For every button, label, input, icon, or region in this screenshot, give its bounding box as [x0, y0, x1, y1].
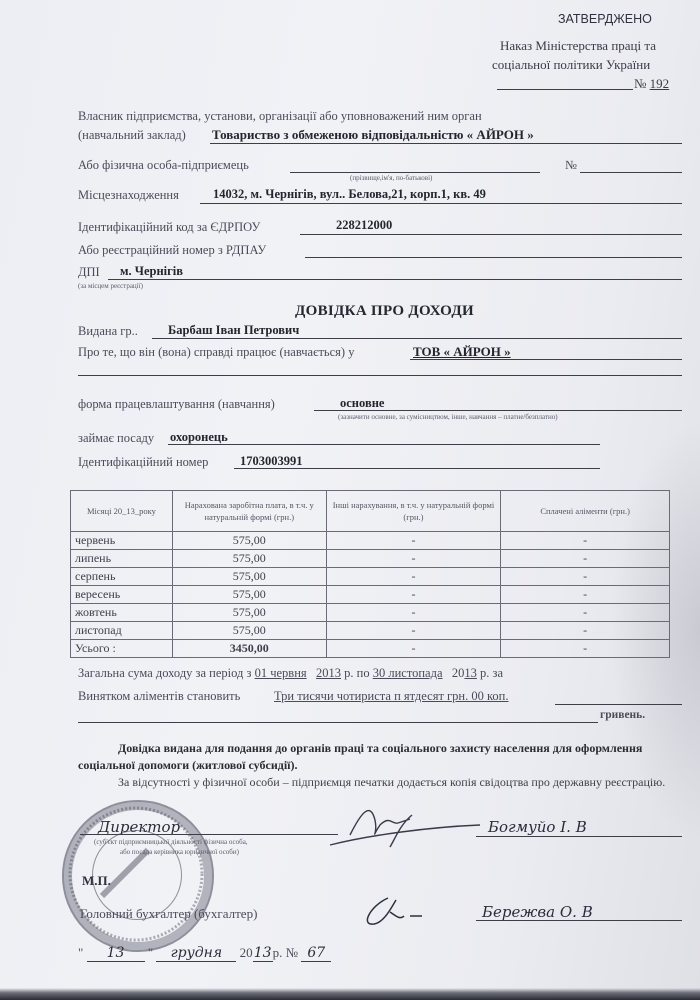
header-month: Місяці 20_13_року — [71, 491, 173, 532]
id-number-value: 1703003991 — [240, 454, 303, 469]
owner-label-2: (навчальний заклад) — [78, 128, 186, 143]
table-row: липень575,00-- — [71, 550, 670, 568]
cell-month: вересень — [71, 586, 173, 604]
employment-form-hint: (зазначити основне, за сумісництвом, інш… — [338, 413, 558, 421]
employment-form-value: основне — [340, 396, 384, 411]
table-row: червень575,00-- — [71, 532, 670, 550]
order-line-2: соціальної політики України — [492, 57, 650, 73]
sum-words-value: Три тисячи чотириста п ятдесят грн. 00 к… — [274, 689, 509, 704]
date-number: 67 — [301, 945, 331, 962]
accountant-name: Бережва О. В — [482, 903, 593, 921]
works-at-value: ТОВ « АЙРОН » — [413, 344, 511, 360]
table-row: вересень575,00-- — [71, 586, 670, 604]
cell-salary: 575,00 — [172, 568, 326, 586]
period-from-year: 2013 — [316, 666, 341, 680]
cell-month: липень — [71, 550, 173, 568]
cell-salary: 575,00 — [172, 622, 326, 640]
individual-hint: (прізвище,ім'я, по-батькові) — [350, 174, 432, 182]
cell-other: - — [326, 550, 501, 568]
employment-form-underline — [314, 410, 682, 411]
cell-alimony: - — [501, 586, 670, 604]
cell-month: серпень — [71, 568, 173, 586]
stamp-place-mark: М.П. — [82, 873, 111, 889]
notice-purpose: Довідка видана для подання до органів пр… — [78, 740, 678, 774]
position-value: охоронець — [170, 430, 228, 445]
order-number: № 192 — [634, 76, 669, 92]
cell-month: червень — [71, 532, 173, 550]
header-salary: Нарахована заробітна плата, в т.ч. у нат… — [172, 491, 326, 532]
header-alimony: Сплачені аліменти (грн.) — [501, 491, 670, 532]
cell-salary: 575,00 — [172, 586, 326, 604]
individual-number-label: № — [565, 158, 577, 173]
date-year: 13 — [253, 945, 273, 962]
works-at-underline-2 — [78, 375, 682, 376]
edrpou-label: Ідентифікаційний код за ЄДРПОУ — [78, 220, 260, 235]
issued-to-value: Барбаш Іван Петрович — [168, 323, 299, 338]
cell-other: - — [326, 622, 501, 640]
cell-other: - — [326, 586, 501, 604]
cell-other: - — [326, 640, 501, 658]
cell-month: Усього : — [71, 640, 173, 658]
period-line: Загальна сума доходу за період з 01 черв… — [78, 666, 503, 681]
sum-words-label: Винятком аліментів становить — [78, 689, 240, 704]
table-row: серпень575,00-- — [71, 568, 670, 586]
period-to: 30 листопада — [373, 666, 443, 680]
document-page: ЗАТВЕРДЖЕНО Наказ Міністерства праці та … — [0, 0, 700, 1000]
issued-to-label: Видана гр.. — [78, 324, 138, 339]
owner-label-1: Власник підприємства, установи, організа… — [78, 109, 482, 124]
director-name-underline — [476, 836, 682, 837]
individual-underline — [290, 172, 540, 173]
table-row: листопад575,00-- — [71, 622, 670, 640]
table-row: жовтень575,00-- — [71, 604, 670, 622]
period-to-year: 13 — [464, 666, 477, 680]
director-hint-2: або посада керівника юридичної особи) — [120, 848, 239, 856]
individual-label: Або фізична особа-підприємець — [78, 158, 249, 173]
position-label: займає посаду — [78, 431, 154, 446]
table-header-row: Місяці 20_13_року Нарахована заробітна п… — [71, 491, 670, 532]
sum-words-underline-2 — [78, 722, 598, 723]
cell-salary: 575,00 — [172, 604, 326, 622]
cell-alimony: - — [501, 604, 670, 622]
dpi-hint: (за місцем реєстрації) — [78, 282, 143, 290]
position-underline — [168, 444, 600, 445]
date-month: грудня — [156, 945, 236, 962]
accountant-signature — [360, 890, 450, 935]
director-hint-1: (суб'єкт підприємницької діяльності фізи… — [94, 838, 248, 846]
approved-heading: ЗАТВЕРДЖЕНО — [558, 12, 652, 26]
cell-salary: 575,00 — [172, 550, 326, 568]
document-title: ДОВІДКА ПРО ДОХОДИ — [295, 303, 474, 320]
cell-month: жовтень — [71, 604, 173, 622]
cell-alimony: - — [501, 640, 670, 658]
table-total-row: Усього :3450,00-- — [71, 640, 670, 658]
director-signature — [330, 795, 480, 860]
id-number-label: Ідентифікаційний номер — [78, 455, 208, 470]
edrpou-underline — [300, 234, 682, 235]
location-label: Місцезнаходження — [78, 188, 179, 203]
cell-salary: 3450,00 — [172, 640, 326, 658]
accountant-name-underline — [476, 920, 682, 921]
sum-words-suffix: гривень. — [600, 709, 645, 721]
dpi-underline — [108, 279, 682, 280]
owner-value: Товариство з обмеженою відповідальністю … — [212, 127, 534, 143]
employment-form-label: форма працевлаштування (навчання) — [78, 397, 275, 412]
date-line: " 13 " грудня 2013р. № 67 — [78, 945, 331, 962]
issued-to-underline — [152, 338, 682, 339]
works-at-underline — [410, 359, 682, 360]
cell-alimony: - — [501, 622, 670, 640]
income-table: Місяці 20_13_року Нарахована заробітна п… — [70, 490, 670, 658]
dpi-value: м. Чернігів — [120, 264, 183, 279]
owner-underline — [210, 143, 682, 144]
director-name: Богмуйо І. В — [488, 818, 587, 836]
individual-number-underline — [580, 172, 682, 173]
cell-other: - — [326, 604, 501, 622]
sum-words-underline — [555, 704, 682, 705]
id-number-underline — [234, 468, 600, 469]
cell-alimony: - — [501, 532, 670, 550]
period-from: 01 червня — [255, 666, 307, 680]
cell-month: листопад — [71, 622, 173, 640]
accountant-label: Головний бухгалтер (бухгалтер) — [80, 906, 257, 922]
rdpau-label: Або реєстраційний номер з РДПАУ — [78, 243, 266, 258]
order-line-1: Наказ Міністерства праці та — [500, 38, 656, 54]
director-title-underline — [80, 834, 338, 835]
cell-other: - — [326, 568, 501, 586]
cell-alimony: - — [501, 568, 670, 586]
order-date-blank — [497, 89, 633, 90]
location-value: 14032, м. Чернігів, вул.. Белова,21, кор… — [213, 187, 486, 202]
works-at-label: Про те, що він (вона) справді працює (на… — [78, 345, 354, 360]
date-day: 13 — [87, 945, 145, 962]
photo-bottom-edge — [0, 988, 700, 1000]
cell-other: - — [326, 532, 501, 550]
cell-alimony: - — [501, 550, 670, 568]
rdpau-underline — [305, 257, 682, 258]
location-underline — [200, 203, 682, 204]
dpi-label: ДПІ — [78, 265, 100, 280]
cell-salary: 575,00 — [172, 532, 326, 550]
edrpou-value: 228212000 — [336, 218, 392, 233]
notice-note: За відсутності у фізичної особи – підпри… — [78, 773, 678, 791]
header-other: Інші нарахування, в т.ч. у натуральній ф… — [326, 491, 501, 532]
